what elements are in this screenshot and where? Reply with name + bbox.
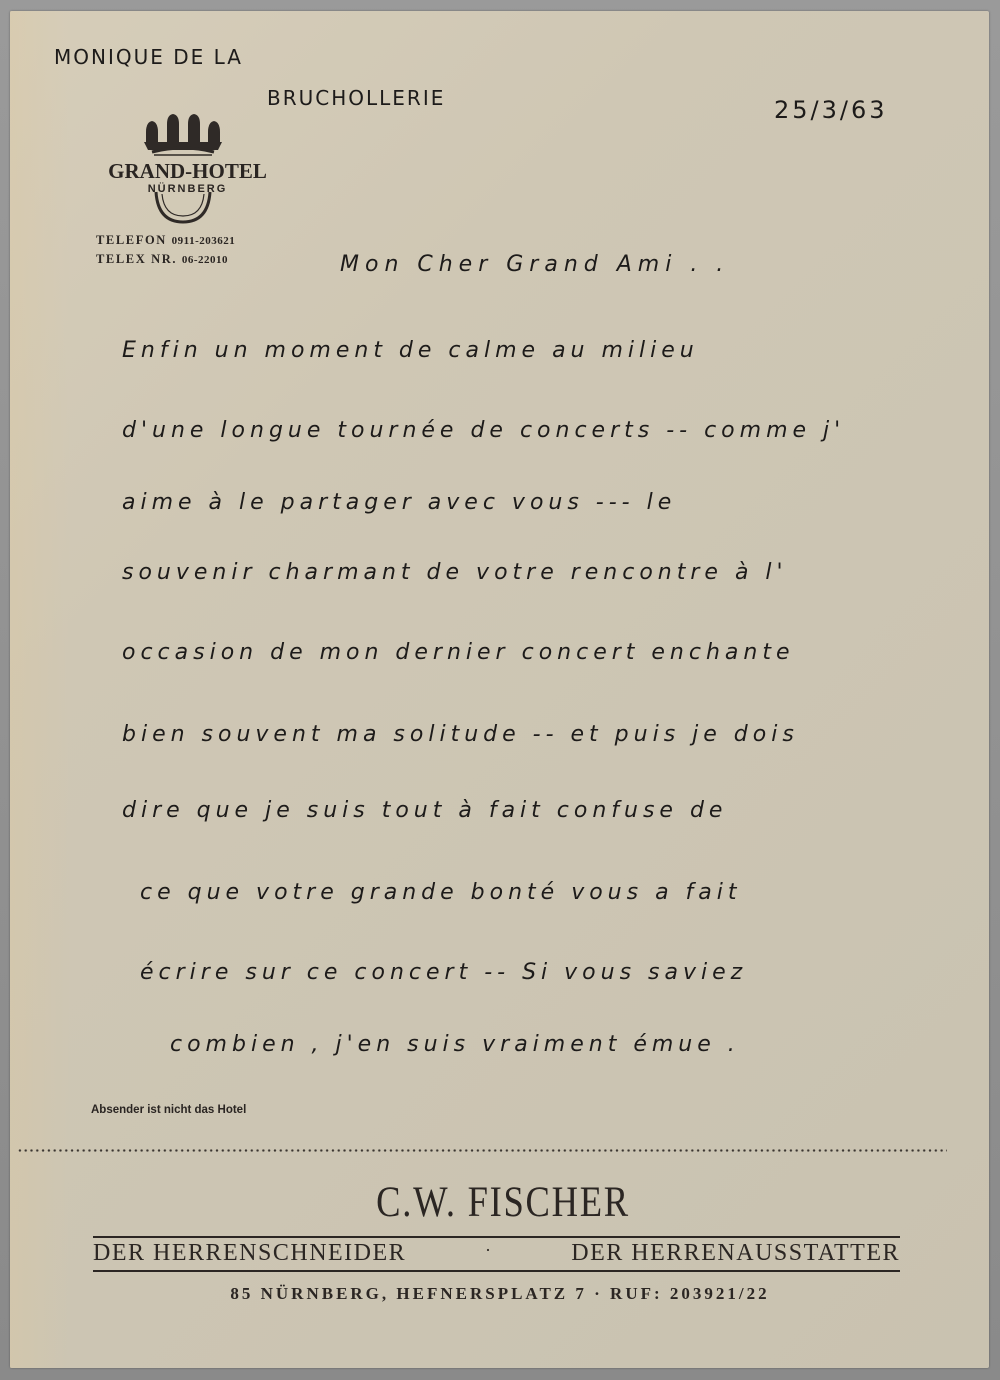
telex-number: 06-22010 [182,254,228,266]
tagline-separator: · [485,1240,493,1267]
letter-line: d'une longue tournée de concerts -- comm… [122,418,845,443]
letter-line: souvenir charmant de votre rencontre à l… [122,560,788,585]
company-address: 85 NÜRNBERG, HEFNERSPLATZ 7 · RUF: 20392… [0,1284,1000,1304]
hotel-name: GRAND-HOTEL [100,159,275,184]
letter-line: ce que votre grande bonté vous a fait [140,880,742,905]
letter-line: occasion de mon dernier concert enchante [122,640,795,665]
rule-bottom [93,1270,900,1272]
letter-line: Enfin un moment de calme au milieu [122,338,699,363]
telefon-number: 0911-203621 [172,235,236,247]
salutation: Mon Cher Grand Ami . . [340,252,729,277]
telex-label: TELEX NR. [96,252,177,266]
telefon-label: TELEFON [96,233,167,247]
company-tagline: DER HERRENSCHNEIDER · DER HERRENAUSSTATT… [93,1240,900,1267]
sender-name-line1: MONIQUE DE LA [54,45,243,69]
rule-top [93,1236,900,1238]
letter-line: bien souvent ma solitude -- et puis je d… [122,722,799,747]
letter-line: combien , j'en suis vraiment émue . [170,1032,740,1057]
company-name: C.W. FISCHER [75,1178,930,1227]
absender-note: Absender ist nicht das Hotel [91,1104,246,1116]
letter-date: 25/3/63 [774,96,888,124]
perforation-line [17,1149,947,1152]
hotel-city: NÜRNBERG [100,183,275,195]
letter-line: écrire sur ce concert -- Si vous saviez [140,960,747,985]
hotel-logo: GRAND-HOTEL NÜRNBERG [100,112,275,227]
tagline-right: DER HERRENAUSSTATTER [571,1240,900,1267]
letter-line: aime à le partager avec vous --- le [122,490,676,515]
telefon-line: TELEFON 0911-203621 [96,233,235,248]
sender-name-line2: BRUCHOLLERIE [267,86,445,110]
telex-line: TELEX NR. 06-22010 [96,252,228,267]
letter-line: dire que je suis tout à fait confuse de [122,798,727,823]
tagline-left: DER HERRENSCHNEIDER [93,1240,406,1267]
